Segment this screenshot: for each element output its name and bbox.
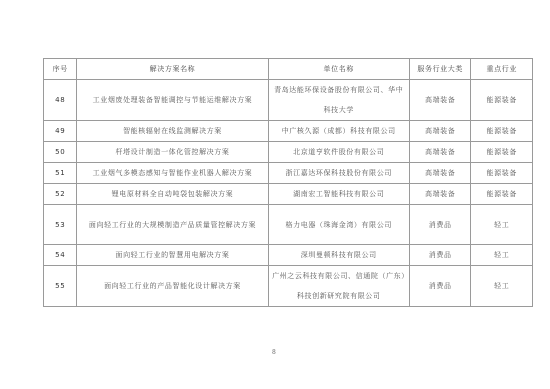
cell-industry: 能源装备 (471, 184, 533, 205)
cell-solution: 锂电原材料全自动吨袋包装解决方案 (77, 184, 268, 205)
cell-unit: 浙江嘉达环保科技股份有限公司 (268, 163, 409, 184)
cell-solution: 面向轻工行业的产品智能化设计解决方案 (77, 266, 268, 307)
table-row: 51 工业烟气多模态感知与智能作业机器人解决方案 浙江嘉达环保科技股份有限公司 … (44, 163, 533, 184)
cell-unit: 广州之云科技有限公司、信通院（广东）科技创新研究院有限公司 (268, 266, 409, 307)
cell-unit: 深圳曼顿科技有限公司 (268, 245, 409, 266)
table-header-row: 序号 解决方案名称 单位名称 服务行业大类 重点行业 (44, 59, 533, 80)
cell-industry: 能源装备 (471, 163, 533, 184)
table-row: 49 智能核辐射在线监测解决方案 中广核久源（成都）科技有限公司 高端装备 能源… (44, 121, 533, 142)
solutions-table: 序号 解决方案名称 单位名称 服务行业大类 重点行业 48 工业烟废处理装备智能… (43, 58, 533, 307)
cell-category: 高端装备 (409, 142, 471, 163)
cell-category: 高端装备 (409, 80, 471, 121)
cell-no: 54 (44, 245, 77, 266)
cell-no: 55 (44, 266, 77, 307)
cell-category: 消费品 (409, 266, 471, 307)
cell-unit: 中广核久源（成都）科技有限公司 (268, 121, 409, 142)
cell-category: 消费品 (409, 205, 471, 245)
cell-category: 消费品 (409, 245, 471, 266)
cell-industry: 能源装备 (471, 80, 533, 121)
cell-no: 53 (44, 205, 77, 245)
table-row: 55 面向轻工行业的产品智能化设计解决方案 广州之云科技有限公司、信通院（广东）… (44, 266, 533, 307)
table-row: 54 面向轻工行业的智慧用电解决方案 深圳曼顿科技有限公司 消费品 轻工 (44, 245, 533, 266)
header-no: 序号 (44, 59, 77, 80)
cell-no: 52 (44, 184, 77, 205)
cell-solution: 智能核辐射在线监测解决方案 (77, 121, 268, 142)
cell-no: 48 (44, 80, 77, 121)
header-category: 服务行业大类 (409, 59, 471, 80)
table-row: 52 锂电原材料全自动吨袋包装解决方案 湖南宏工智能科技有限公司 高端装备 能源… (44, 184, 533, 205)
header-industry: 重点行业 (471, 59, 533, 80)
cell-solution: 杆塔设计制造一体化管控解决方案 (77, 142, 268, 163)
cell-no: 49 (44, 121, 77, 142)
cell-industry: 能源装备 (471, 121, 533, 142)
cell-unit: 格力电器（珠海金湾）有限公司 (268, 205, 409, 245)
cell-unit: 青岛达能环保设备股份有限公司、华中科技大学 (268, 80, 409, 121)
cell-category: 高端装备 (409, 163, 471, 184)
cell-industry: 轻工 (471, 205, 533, 245)
page-number: 8 (272, 349, 276, 356)
cell-no: 51 (44, 163, 77, 184)
cell-solution: 面向轻工行业的大规模制造产品质量管控解决方案 (77, 205, 268, 245)
cell-solution: 工业烟废处理装备智能调控与节能运维解决方案 (77, 80, 268, 121)
cell-industry: 轻工 (471, 266, 533, 307)
header-unit: 单位名称 (268, 59, 409, 80)
cell-category: 高端装备 (409, 121, 471, 142)
cell-solution: 工业烟气多模态感知与智能作业机器人解决方案 (77, 163, 268, 184)
cell-no: 50 (44, 142, 77, 163)
cell-industry: 能源装备 (471, 142, 533, 163)
header-solution: 解决方案名称 (77, 59, 268, 80)
cell-unit: 湖南宏工智能科技有限公司 (268, 184, 409, 205)
cell-industry: 轻工 (471, 245, 533, 266)
table-row: 53 面向轻工行业的大规模制造产品质量管控解决方案 格力电器（珠海金湾）有限公司… (44, 205, 533, 245)
cell-solution: 面向轻工行业的智慧用电解决方案 (77, 245, 268, 266)
table-row: 48 工业烟废处理装备智能调控与节能运维解决方案 青岛达能环保设备股份有限公司、… (44, 80, 533, 121)
table-row: 50 杆塔设计制造一体化管控解决方案 北京道亨软件股份有限公司 高端装备 能源装… (44, 142, 533, 163)
cell-unit: 北京道亨软件股份有限公司 (268, 142, 409, 163)
cell-category: 高端装备 (409, 184, 471, 205)
